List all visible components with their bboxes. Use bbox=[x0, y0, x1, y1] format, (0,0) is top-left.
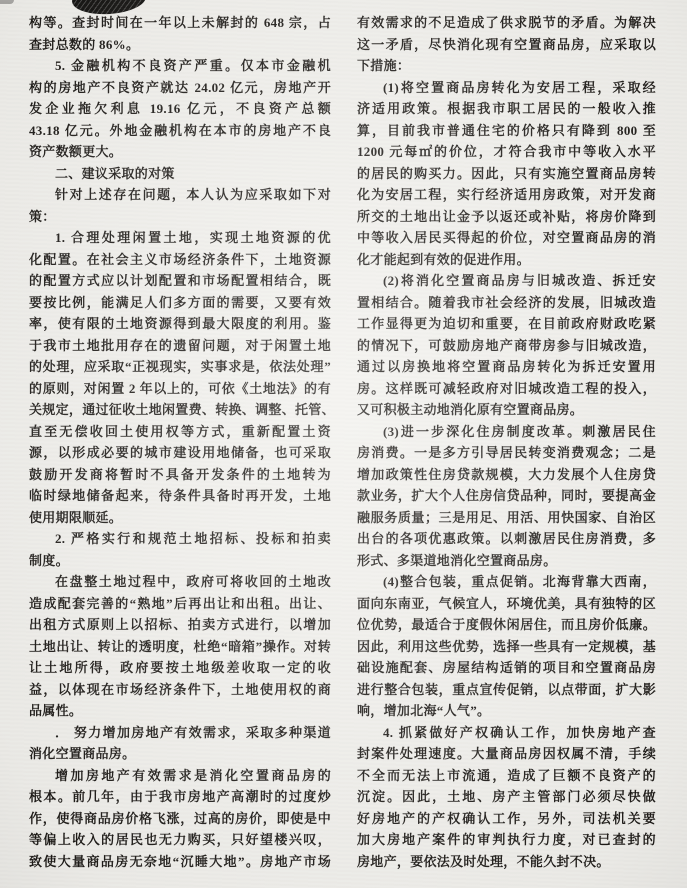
text-line: 算，目前我市普通住宅的价格只有降到 800 至 bbox=[357, 120, 656, 142]
corner-smudge-artifact bbox=[0, 0, 14, 4]
text-line: 房。这样既可减轻政府对旧城改造工程的投入， bbox=[357, 378, 656, 400]
text-line: 2. 严格实行和规范土地招标、投标和拍卖 bbox=[29, 528, 331, 550]
text-line: 制度。 bbox=[29, 550, 331, 572]
text-line: 根本。前几年，由于我市房地产高潮时的过度炒 bbox=[29, 786, 331, 808]
text-line: 4. 抓紧做好产权确认工作，加快房地产查 bbox=[357, 722, 656, 744]
text-line: 面向东南亚，气候宜人，环境优美，具有独特的区 bbox=[357, 593, 656, 615]
text-line: 消化空置商品房。 bbox=[29, 743, 331, 765]
text-line: 的配置方式应以计划配置和市场配置相结合，既 bbox=[29, 270, 331, 292]
text-line: 出台的各项优惠政策。以刺激居民住房消费，多 bbox=[357, 528, 656, 550]
scanned-document-page: 构等。查封时间在一年以上未解封的 648 宗，占查封总数的 86%。5. 金融机… bbox=[0, 0, 687, 888]
text-line: 土地出让、转让的透明度，杜绝“暗箱”操作。对转 bbox=[29, 636, 331, 658]
text-line: 款业务，扩大个人住房信贷品种，同时，要提高金 bbox=[357, 485, 656, 507]
text-line: 增加政策性住房贷款规模，大力发展个人住房贷 bbox=[357, 464, 656, 486]
text-line: 二、建议采取的对策 bbox=[29, 163, 331, 185]
text-line: 下措施： bbox=[357, 55, 656, 77]
text-line: 不全而无法上市流通，造成了巨额不良资产的 bbox=[357, 765, 656, 787]
text-line: 临时绿地储备起来，待条件具备时再开发，土地 bbox=[29, 485, 331, 507]
text-line: 工作显得更为迫切和重要，在目前政府财政吃紧 bbox=[357, 313, 656, 335]
text-line: 使用期限顺延。 bbox=[29, 507, 331, 529]
text-line: 策： bbox=[29, 206, 331, 228]
text-line: 响，增加北海“人气”。 bbox=[357, 700, 656, 722]
text-line: 房地产，要依法及时处理，不能久封不决。 bbox=[357, 851, 656, 873]
text-line: 封案件处理速度。大量商品房因权属不清，手续 bbox=[357, 743, 656, 765]
text-line: 化才能起到有效的促进作用。 bbox=[357, 249, 656, 271]
text-line: 的情况下，可鼓励房地产商带房参与旧城改造， bbox=[357, 335, 656, 357]
text-line: 济适用政策。根据我市职工居民的一般收入推 bbox=[357, 98, 656, 120]
text-line: 出租方式原则上以招标、拍卖方式进行，以增加 bbox=[29, 614, 331, 636]
text-line: 通过以房换地将空置商品房转化为拆迁安置用 bbox=[357, 356, 656, 378]
text-line: 置相结合。随着我市社会经济的发展，旧城改造 bbox=[357, 292, 656, 314]
text-line: 又可积极主动地消化原有空置商品房。 bbox=[357, 399, 656, 421]
text-line: 的居民的购买力。因此，只有实施空置商品房转 bbox=[357, 163, 656, 185]
text-line: 5. 金融机构不良资产严重。仅本市金融机 bbox=[29, 55, 331, 77]
text-line: 43.18 亿元。外地金融机构在本市的房地产不良 bbox=[29, 120, 331, 142]
text-line: 致使大量商品房无奈地“沉睡大地”。房地产市场 bbox=[29, 851, 331, 873]
text-line: 等偏上收入的居民也无力购买，只好望楼兴叹， bbox=[29, 829, 331, 851]
text-line: 资产数额更大。 bbox=[29, 141, 331, 163]
text-line: 位优势，最适合于度假休闲居住，而且房价低廉。 bbox=[357, 614, 656, 636]
text-line: 关规定，通过征收土地闲置费、转换、调整、托管、 bbox=[29, 399, 331, 421]
text-line: 直至无偿收回土使用权等方式，重新配置土资 bbox=[29, 421, 331, 443]
text-line: 进行整合包装，重点宣传促销，以点带面，扩大影 bbox=[357, 679, 656, 701]
text-line: 沉淀。因此，土地、房产主管部门必须尽快做 bbox=[357, 786, 656, 808]
text-line: 房消费。一是多方引导居民转变消费观念；二是 bbox=[357, 442, 656, 464]
text-line: 这一矛盾，尽快消化现有空置商品房，应采取以 bbox=[357, 34, 656, 56]
right-text-column: 有效需求的不足造成了供求脱节的矛盾。为解决这一矛盾，尽快消化现有空置商品房，应采… bbox=[357, 12, 656, 872]
text-line: 1. 合理处理闲置土地，实现土地资源的优 bbox=[29, 227, 331, 249]
text-line: 查封总数的 86%。 bbox=[29, 34, 331, 56]
text-line: 品属性。 bbox=[29, 700, 331, 722]
text-line: 益，以体现在市场经济条件下，土地使用权的商 bbox=[29, 679, 331, 701]
text-line: 1200 元每㎡的价位，才符合我市中等收入水平 bbox=[357, 141, 656, 163]
text-line: 针对上述存在问题，本人认为应采取如下对 bbox=[29, 184, 331, 206]
text-line: 增加房地产有效需求是消化空置商品房的 bbox=[29, 765, 331, 787]
text-line: 构等。查封时间在一年以上未解封的 648 宗，占 bbox=[29, 12, 331, 34]
text-line: (2)将消化空置商品房与旧城改造、拆迁安 bbox=[357, 270, 656, 292]
text-line: 的处理，应采取“正视现实，实事求是，依法处理” bbox=[29, 356, 331, 378]
text-line: 的原则，对闲置 2 年以上的，可依《土地法》的有 bbox=[29, 378, 331, 400]
text-line: 要按比例，能满足人们多方面的需要，又要有效 bbox=[29, 292, 331, 314]
text-line: (1)将空置商品房转化为安居工程，采取经 bbox=[357, 77, 656, 99]
text-line: (3)进一步深化住房制度改革。刺激居民住 bbox=[357, 421, 656, 443]
text-line: 造成配套完善的“熟地”后再出让和出租。出让、 bbox=[29, 593, 331, 615]
text-line: 础设施配套、房屋结构适销的项目和空置商品房 bbox=[357, 657, 656, 679]
text-line: (4)整合包装，重点促销。北海背靠大西南， bbox=[357, 571, 656, 593]
text-line: 因此，利用这些优势，选择一些具有一定规模，基 bbox=[357, 636, 656, 658]
text-line: 所交的土地出让金予以返还或补贴，将房价降到 bbox=[357, 206, 656, 228]
text-line: 于我市土地批用存在的遗留问题，对于闲置土地 bbox=[29, 335, 331, 357]
text-line: 鼓励开发商将暂时不具备开发条件的土地转为 bbox=[29, 464, 331, 486]
text-line: 化为安居工程，实行经济适用房政策，对开发商 bbox=[357, 184, 656, 206]
text-line: 构的房地产不良资产就达 24.02 亿元，房地产开 bbox=[29, 77, 331, 99]
text-line: 发企业拖欠利息 19.16 亿元，不良资产总额 bbox=[29, 98, 331, 120]
text-line: 作，使得商品房价格飞涨，过高的房价，即使是中 bbox=[29, 808, 331, 830]
text-line: 融服务质量；三是用足、用活、用快国家、自治区 bbox=[357, 507, 656, 529]
text-line: 化配置。在社会主义市场经济条件下，土地资源 bbox=[29, 249, 331, 271]
text-line: ． 努力增加房地产有效需求，采取多种渠道 bbox=[29, 722, 331, 744]
text-line: 让土地所得，政府要按土地级差收取一定的收 bbox=[29, 657, 331, 679]
text-line: 源，以形成必要的城市建设用地储备，也可采取 bbox=[29, 442, 331, 464]
text-line: 率，使有限的土地资源得到最大限度的利用。鉴 bbox=[29, 313, 331, 335]
text-line: 好房地产的产权确认工作，另外，司法机关要 bbox=[357, 808, 656, 830]
left-text-column: 构等。查封时间在一年以上未解封的 648 宗，占查封总数的 86%。5. 金融机… bbox=[29, 12, 331, 872]
text-line: 加大房地产案件的审判执行力度，对已查封的 bbox=[357, 829, 656, 851]
text-line: 中等收入居民买得起的价位，对空置商品房的消 bbox=[357, 227, 656, 249]
text-line: 有效需求的不足造成了供求脱节的矛盾。为解决 bbox=[357, 12, 656, 34]
text-line: 在盘整土地过程中，政府可将收回的土地改 bbox=[29, 571, 331, 593]
text-line: 形式、多渠道地消化空置商品房。 bbox=[357, 550, 656, 572]
